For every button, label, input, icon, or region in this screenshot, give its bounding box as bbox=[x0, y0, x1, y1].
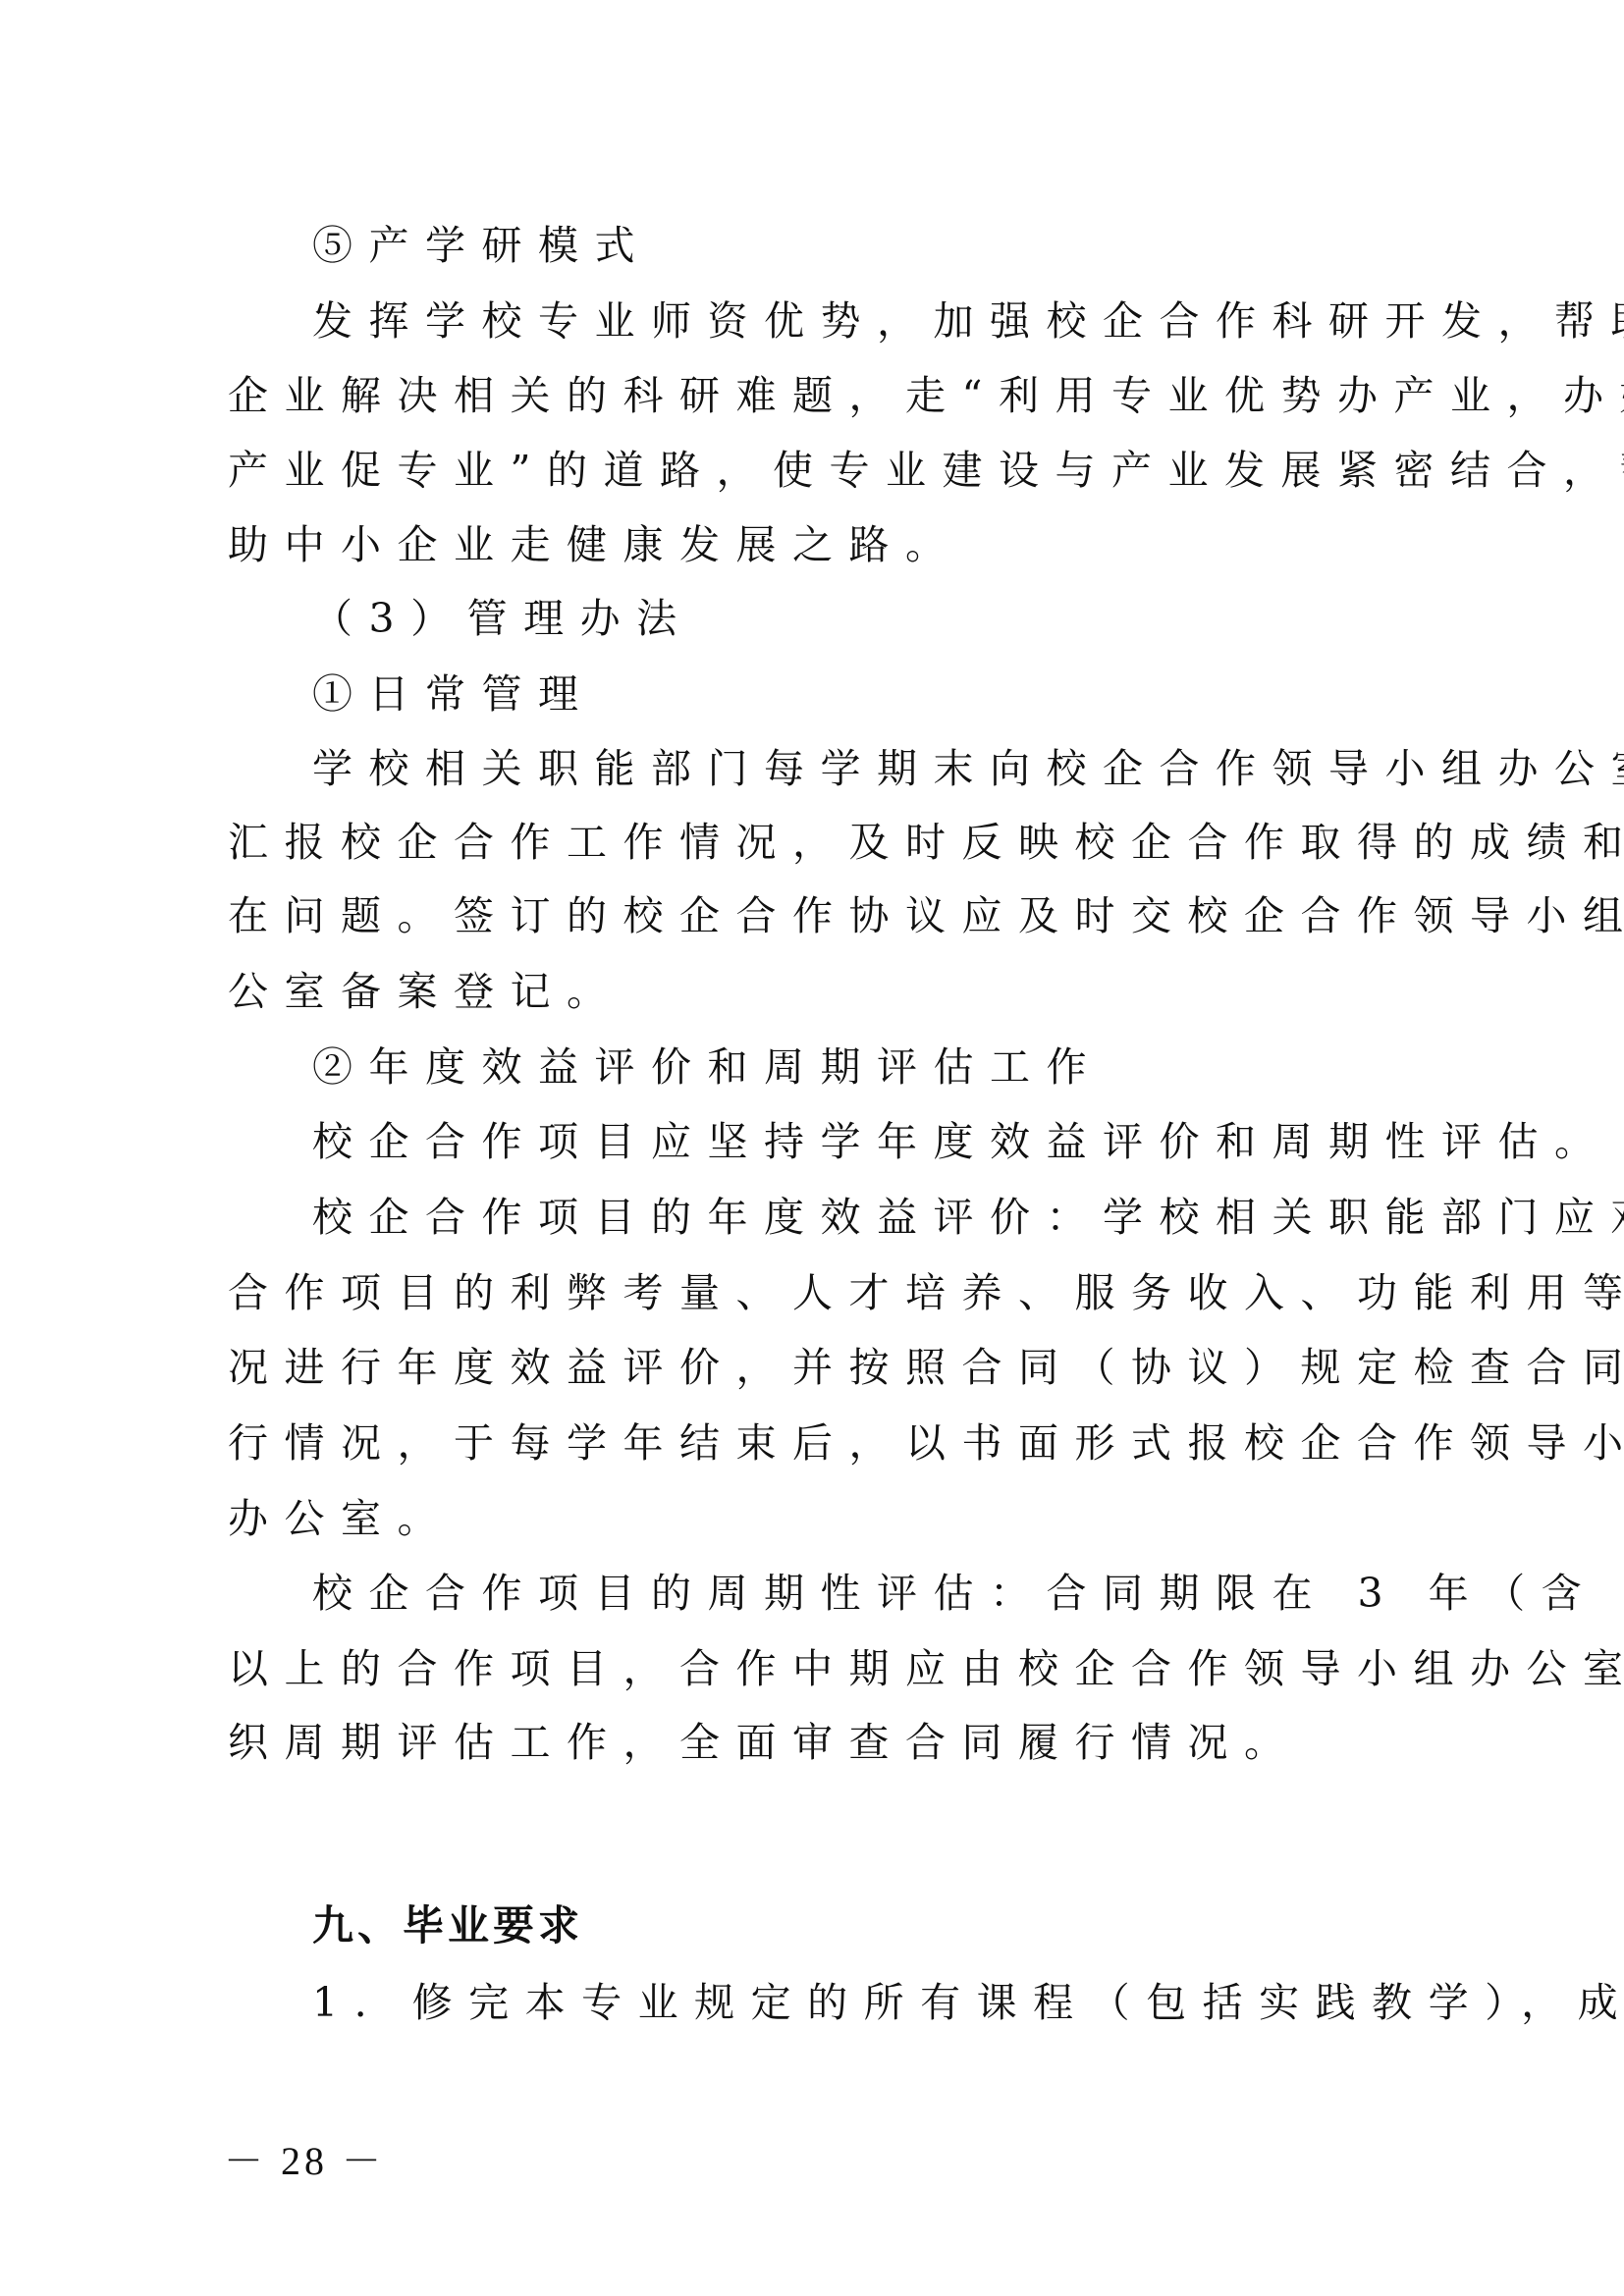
section-heading-graduation-requirements: 九、毕业要求 bbox=[312, 1896, 583, 1955]
paragraph-line: 办公室。 bbox=[228, 1489, 1367, 1548]
paragraph-line: 学校相关职能部门每学期末向校企合作领导小组办公室 bbox=[312, 739, 1367, 798]
subsection-title-annual-evaluation: ②年度效益评价和周期评估工作 bbox=[312, 1038, 1367, 1096]
subsection-title-industry-research-mode: ⑤产学研模式 bbox=[312, 216, 1367, 275]
paragraph-line: 汇报校企合作工作情况，及时反映校企合作取得的成绩和存 bbox=[228, 813, 1367, 872]
paragraph-line: 公室备案登记。 bbox=[228, 962, 1367, 1021]
paragraph-line: 校企合作项目的周期性评估：合同期限在 3 年（含 3 年） bbox=[312, 1564, 1367, 1623]
paragraph-line: 企业解决相关的科研难题，走“利用专业优势办产业，办好 bbox=[228, 366, 1367, 425]
paragraph-line: 校企合作项目应坚持学年度效益评价和周期性评估。 bbox=[312, 1112, 1367, 1171]
paragraph-line: 合作项目的利弊考量、人才培养、服务收入、功能利用等情 bbox=[228, 1263, 1367, 1322]
paragraph-line: 况进行年度效益评价，并按照合同（协议）规定检查合同履 bbox=[228, 1338, 1367, 1397]
paragraph-line: 助中小企业走健康发展之路。 bbox=[228, 515, 1367, 574]
subsection-title-daily-management: ①日常管理 bbox=[312, 665, 1367, 723]
paragraph-line: 产业促专业”的道路，使专业建设与产业发展紧密结合，帮 bbox=[228, 441, 1367, 500]
paragraph-line: 织周期评估工作，全面审查合同履行情况。 bbox=[228, 1713, 1367, 1772]
subsection-title-management: （3）管理办法 bbox=[312, 589, 1367, 648]
paragraph-line: 以上的合作项目，合作中期应由校企合作领导小组办公室组 bbox=[228, 1639, 1367, 1698]
paragraph-line: 在问题。签订的校企合作协议应及时交校企合作领导小组办 bbox=[228, 886, 1367, 945]
document-page: ⑤产学研模式 发挥学校专业师资优势，加强校企合作科研开发，帮助 企业解决相关的科… bbox=[0, 0, 1624, 2296]
page-number: － 28 － bbox=[224, 2137, 385, 2186]
requirement-item-1: 1. 修完本专业规定的所有课程（包括实践教学），成绩全 bbox=[312, 1973, 1367, 2032]
paragraph-line: 行情况，于每学年结束后，以书面形式报校企合作领导小组 bbox=[228, 1414, 1367, 1472]
paragraph-line: 校企合作项目的年度效益评价：学校相关职能部门应对 bbox=[312, 1188, 1367, 1247]
paragraph-line: 发挥学校专业师资优势，加强校企合作科研开发，帮助 bbox=[312, 292, 1367, 350]
